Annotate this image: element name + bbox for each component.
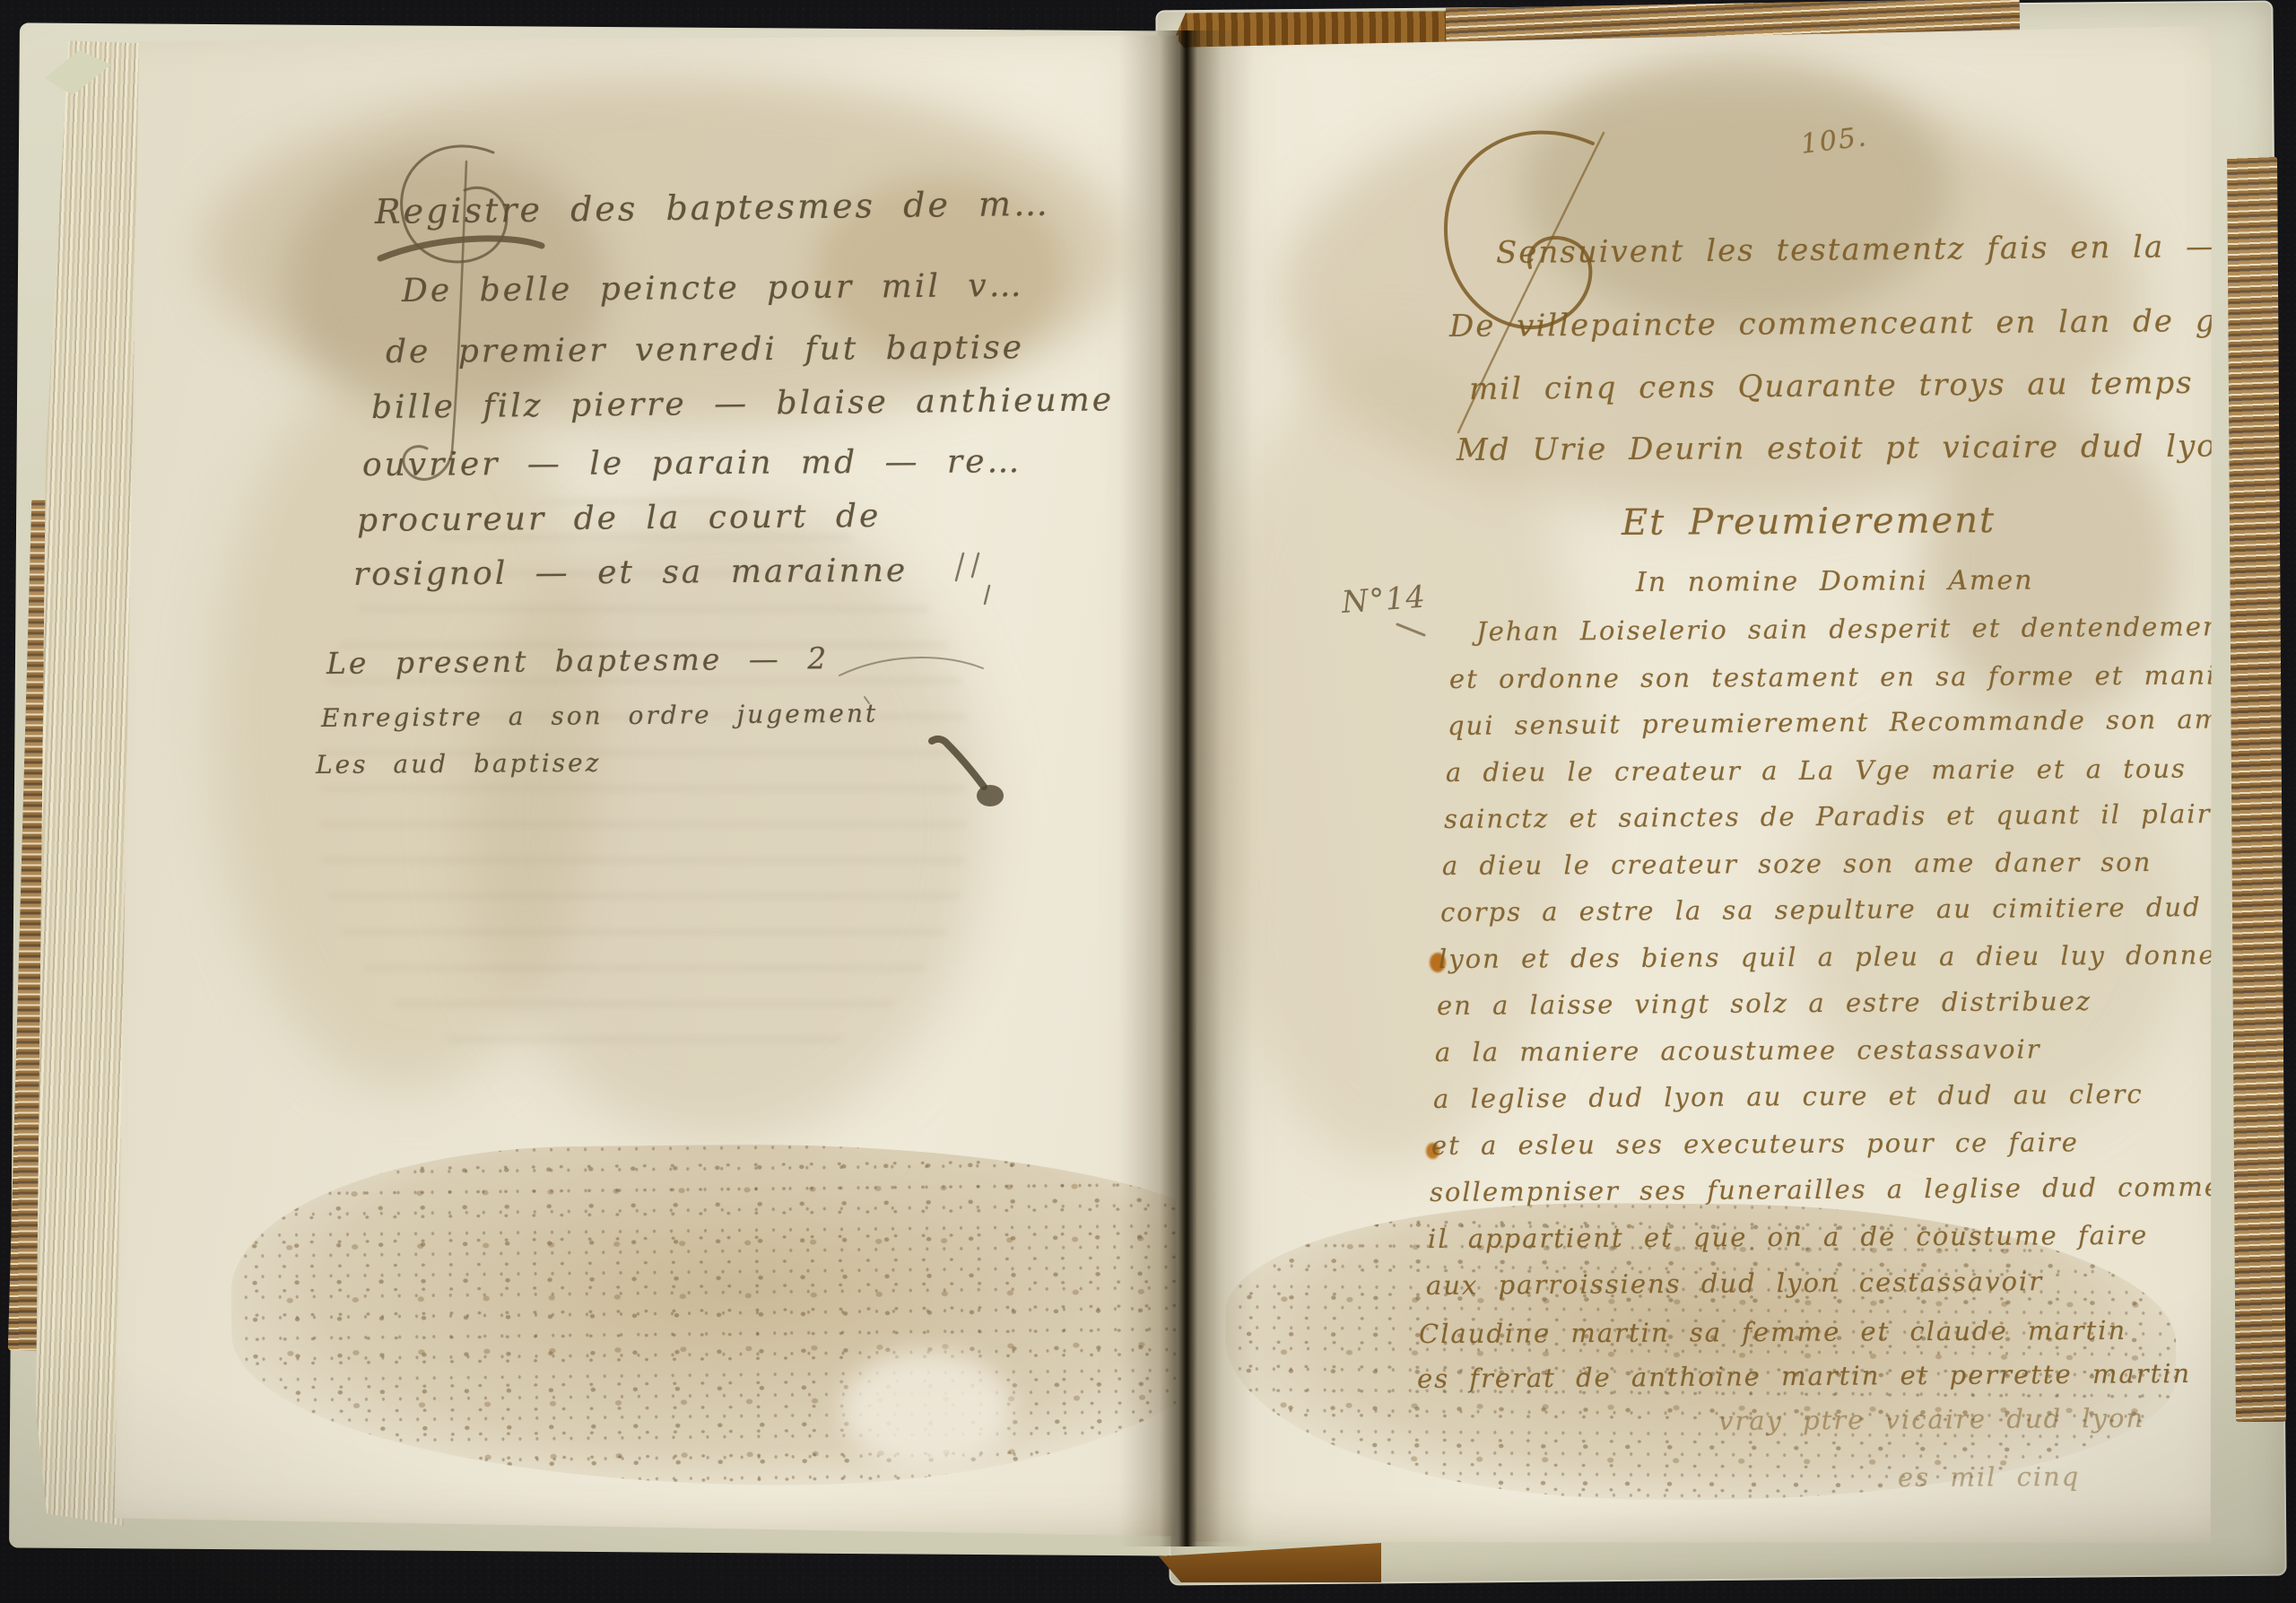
manuscript-line: Md Urie Deurin estoit pt vicaire dud lyo…: [1457, 428, 2239, 468]
manuscript-photo: Registre des baptesmes de m… De belle pe…: [0, 0, 2296, 1603]
manuscript-line: sainctz et sainctes de Paradis et quant …: [1444, 798, 2229, 834]
manuscript-line: a dieu le createur a La Vge marie et a t…: [1446, 754, 2187, 788]
manuscript-line: Les aud baptisez: [316, 748, 602, 780]
manuscript-line: Enregistre a son ordre jugement: [321, 699, 878, 733]
foxing-band: [230, 1139, 1256, 1491]
manuscript-line: et ordonne son testament en sa forme et …: [1449, 659, 2296, 694]
manuscript-line: sollempniser ses funerailles a leglise d…: [1430, 1172, 2222, 1207]
manuscript-line: Claudine martin sa femme et claude marti…: [1419, 1315, 2126, 1349]
margin-note-tick: [1394, 619, 1430, 640]
manuscript-line: corps a estre la sa sepulture au cimitie…: [1440, 892, 2202, 928]
manuscript-line: mil cinq cens Quarante troys au temps qu…: [1469, 364, 2278, 407]
manuscript-line: a la maniere acoustumee cestassavoir: [1435, 1033, 2041, 1067]
invocation-line: In nomine Domini Amen: [1636, 565, 2034, 598]
manuscript-line: Sensuivent les testamentz fais en la — v…: [1496, 228, 2296, 271]
manuscript-line: il appartient et que on a de coustume fa…: [1428, 1220, 2148, 1254]
manuscript-line: rosignol — et sa marainne: [353, 553, 909, 593]
manuscript-line: a leglise dud lyon au cure et dud au cle…: [1433, 1078, 2144, 1114]
manuscript-line: en a laisse vingt solz a estre distribue…: [1437, 986, 2092, 1021]
manuscript-line: qui sensuit preumierement Recommande son…: [1448, 703, 2239, 741]
ink-paraph-marks: [832, 521, 1030, 826]
manuscript-line: De belle peincte pour mil v…: [402, 267, 1024, 309]
clean-patch: [841, 1351, 1012, 1468]
margin-note: N°14: [1341, 579, 1428, 620]
manuscript-line: bille filz pierre — blaise anthieume: [371, 381, 1114, 426]
manuscript-line: a dieu le createur soze son ame daner so…: [1442, 847, 2152, 881]
manuscript-line: aux parroissiens dud lyon cestassavoir: [1426, 1266, 2043, 1301]
left-page: Registre des baptesmes de m… De belle pe…: [106, 32, 1178, 1539]
manuscript-line: procureur de la court de: [357, 498, 882, 539]
manuscript-line: lyon et des biens quil a pleu a dieu luy…: [1439, 939, 2231, 974]
manuscript-line: Registre des baptesmes de m…: [375, 184, 1051, 231]
right-board-marble-right: [2227, 157, 2286, 1422]
manuscript-line-faint: es mil cinq: [1898, 1461, 2080, 1493]
right-page: 105. Sensuivent les testamentz fais en l…: [1180, 20, 2212, 1545]
section-heading: Et Preumierement: [1622, 500, 1996, 544]
manuscript-line: ouvrier — le parain md — re…: [362, 443, 1022, 484]
manuscript-line: De villepaincte commenceant en lan de gr…: [1449, 302, 2292, 344]
initial-flourish-R: [357, 122, 554, 499]
book-gutter: [1119, 30, 1254, 1546]
manuscript-line: Le present baptesme — 2: [326, 640, 830, 681]
manuscript-line-faint: vray ptre vicaire dud lyon: [1718, 1403, 2144, 1436]
manuscript-line: Jehan Loiselerio sain desperit et denten…: [1476, 610, 2296, 647]
manuscript-line: de premier venredi fut baptise: [386, 329, 1024, 370]
manuscript-line: es frerat de anthoine martin et perrette…: [1417, 1358, 2191, 1394]
manuscript-line: et a esleu ses executeurs pour ce faire: [1431, 1127, 2079, 1161]
